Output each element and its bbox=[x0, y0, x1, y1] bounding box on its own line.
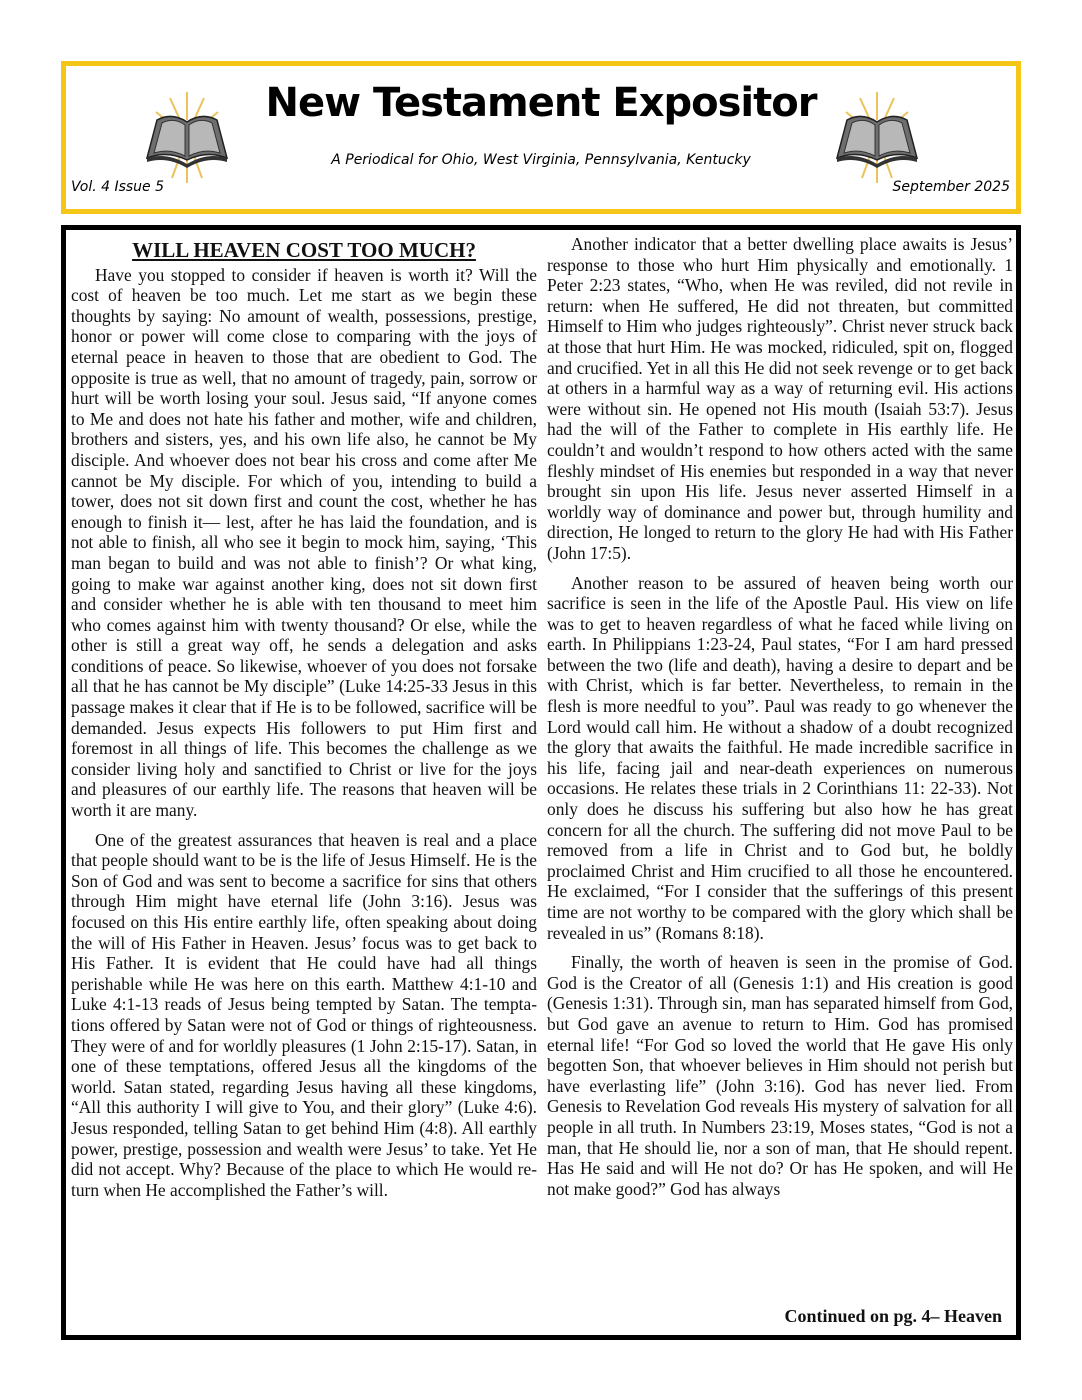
issue-date: September 2025 bbox=[893, 179, 1010, 195]
masthead: New Testament Expositor A Periodical for… bbox=[61, 61, 1021, 214]
open-bible-icon bbox=[832, 90, 922, 185]
article-paragraph: Another reason to be assured of heaven b… bbox=[547, 573, 1013, 944]
article-paragraph: Have you stopped to consider if heaven i… bbox=[71, 265, 537, 821]
article-paragraph: Finally, the worth of heaven is seen in … bbox=[547, 952, 1013, 1199]
continued-note: Continued on pg. 4– Heaven bbox=[784, 1306, 1002, 1327]
article-headline: WILL HEAVEN COST TOO MUCH? bbox=[71, 240, 537, 261]
article-paragraph: One of the greatest assurances that heav… bbox=[71, 830, 537, 1201]
article-column-left: WILL HEAVEN COST TOO MUCH? Have you stop… bbox=[71, 236, 537, 1209]
volume-issue: Vol. 4 Issue 5 bbox=[71, 179, 164, 195]
article-paragraph: Another indicator that a better dwelling… bbox=[547, 234, 1013, 564]
article-frame: WILL HEAVEN COST TOO MUCH? Have you stop… bbox=[61, 225, 1021, 1340]
article-column-right: Another indicator that a better dwelling… bbox=[547, 234, 1013, 1208]
